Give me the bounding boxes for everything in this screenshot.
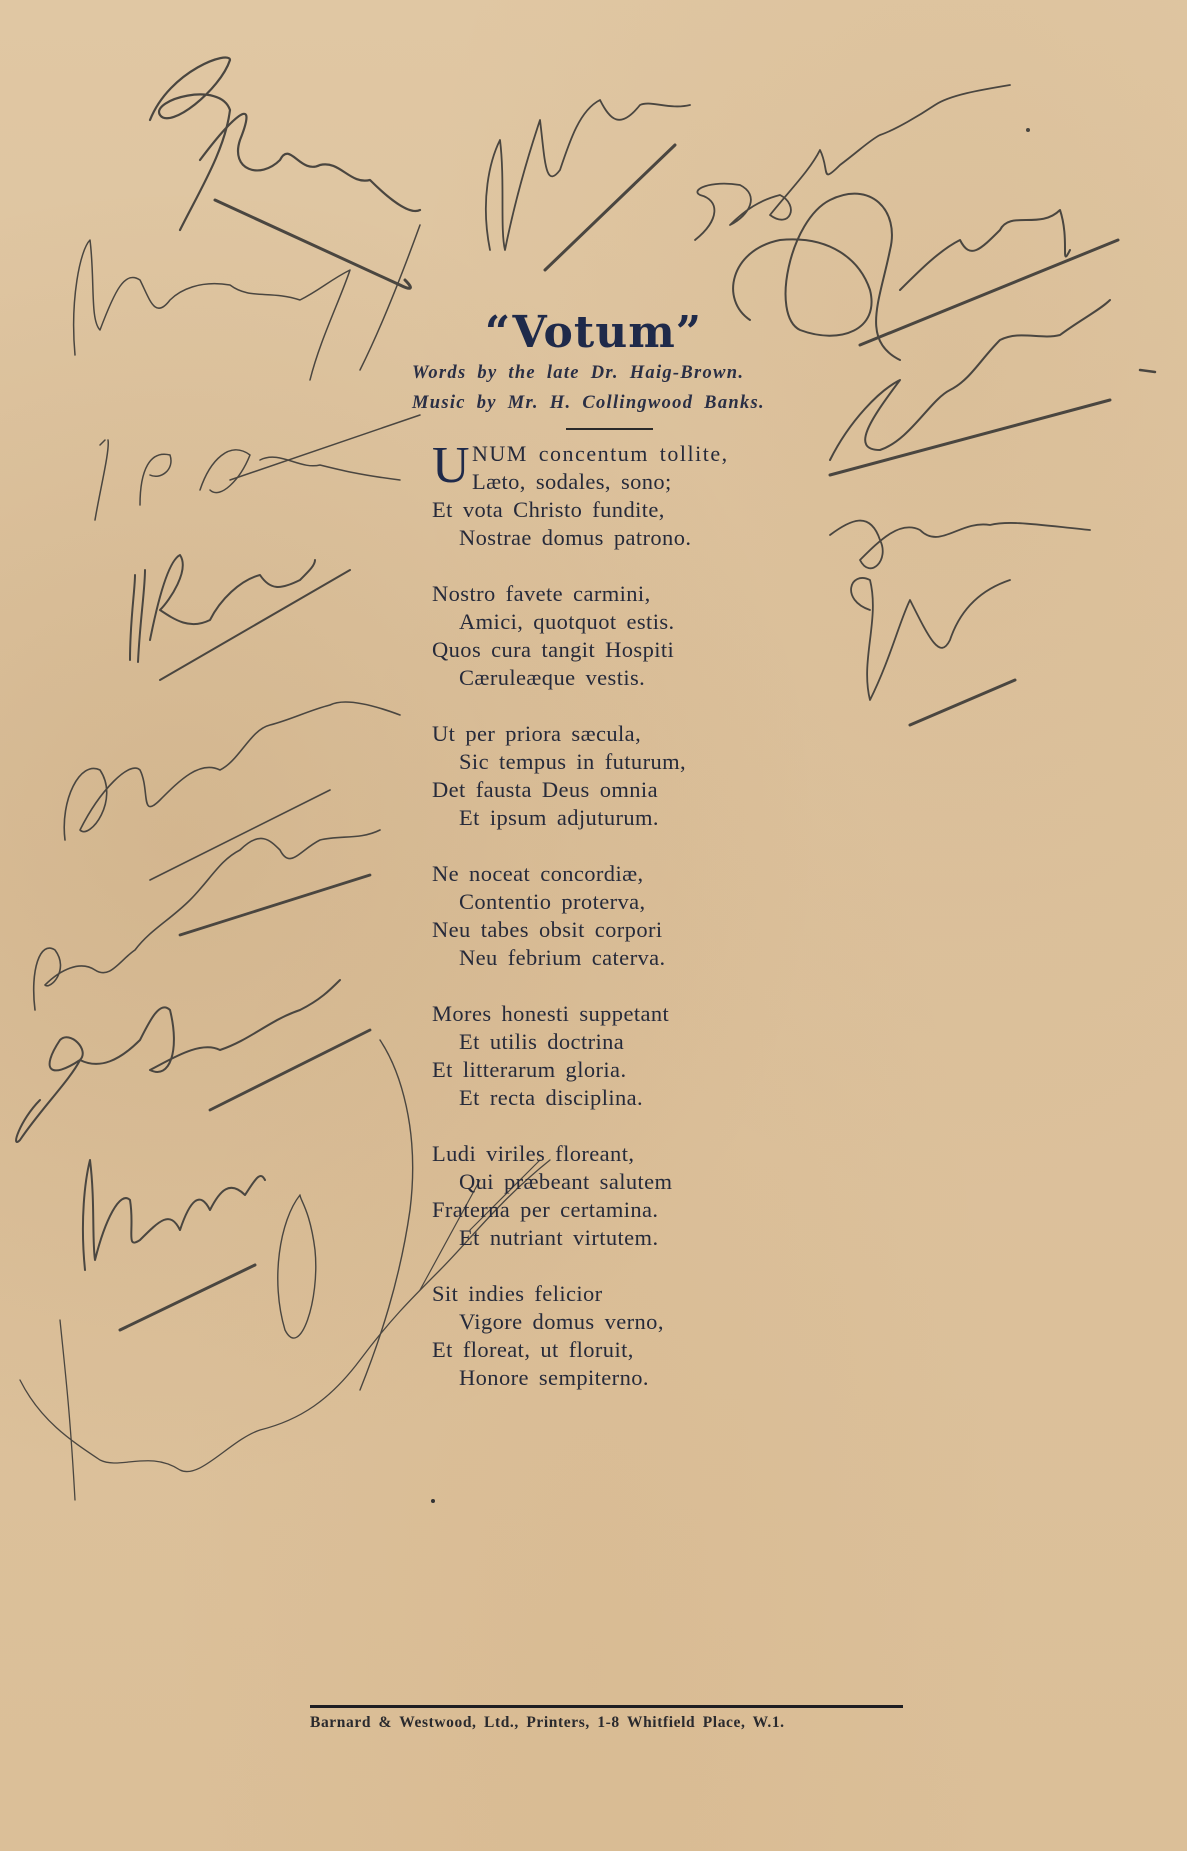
hymn-title: “Votum” [0, 307, 1187, 358]
verse-line: Honore sempiterno. [432, 1364, 772, 1392]
verse-line: Neu febrium caterva. [432, 944, 772, 972]
printer-imprint: Barnard & Westwood, Ltd., Printers, 1-8 … [310, 1714, 910, 1732]
verse-line: Contentio proterva, [432, 888, 772, 916]
verse-line: Cæruleæque vestis. [432, 664, 772, 692]
verse-line: Et recta disciplina. [432, 1084, 772, 1112]
credit-music: Music by Mr. H. Collingwood Banks. [412, 388, 765, 418]
stanza-5: Mores honesti suppetant Et utilis doctri… [432, 1000, 772, 1112]
verse-line: Det fausta Deus omnia [432, 776, 772, 804]
stanza-1: U NUM concentum tollite, Læto, sodales, … [432, 440, 772, 552]
verse-line: Et floreat, ut floruit, [432, 1336, 772, 1364]
signature-dondoar [695, 85, 1030, 240]
signature-left-2 [95, 415, 420, 520]
footer-rule [310, 1705, 903, 1708]
signature-top-center [486, 100, 690, 270]
signature-left-3 [130, 555, 350, 680]
verse-line: Nostrae domus patrono. [432, 524, 772, 552]
verse-line: Sic tempus in futurum, [432, 748, 772, 776]
stanza-3: Ut per priora sæcula, Sic tempus in futu… [432, 720, 772, 832]
verse-line: Sit indies felicior [432, 1280, 772, 1308]
stanza-6: Ludi viriles floreant, Qui præbeant salu… [432, 1140, 772, 1252]
verse-line: Nostro favete carmini, [432, 580, 772, 608]
stanza-2: Nostro favete carmini, Amici, quotquot e… [432, 580, 772, 692]
stanza-7: Sit indies felicior Vigore domus verno, … [432, 1280, 772, 1392]
signature-left-6 [16, 980, 413, 1390]
hymn-sheet-page: “Votum” Words by the late Dr. Haig-Brown… [0, 0, 1187, 1851]
signature-left-5 [34, 830, 380, 1010]
verse-line: Ut per priora sæcula, [432, 720, 772, 748]
drop-cap: U [432, 444, 470, 488]
verse-line: Mores honesti suppetant [432, 1000, 772, 1028]
signature-right-45 [830, 521, 1090, 725]
signature-left-4 [64, 702, 400, 880]
verse-line: Ludi viriles floreant, [432, 1140, 772, 1168]
verse-line: NUM concentum tollite, [432, 440, 772, 468]
verse-line: Amici, quotquot estis. [432, 608, 772, 636]
poem-body: U NUM concentum tollite, Læto, sodales, … [432, 440, 772, 1420]
verse-line: Et vota Christo fundite, [432, 496, 772, 524]
verse-line: Vigore domus verno, [432, 1308, 772, 1336]
stanza-4: Ne noceat concordiæ, Contentio proterva,… [432, 860, 772, 972]
title-divider [566, 428, 653, 430]
verse-line: Neu tabes obsit corpori [432, 916, 772, 944]
verse-line: Fraterna per certamina. [432, 1196, 772, 1224]
credits: Words by the late Dr. Haig-Brown. Music … [412, 358, 765, 418]
verse-line: Et litterarum gloria. [432, 1056, 772, 1084]
verse-line: Ne noceat concordiæ, [432, 860, 772, 888]
ink-speck [431, 1499, 435, 1503]
verse-line: Læto, sodales, sono; [432, 468, 772, 496]
verse-line: Et ipsum adjuturum. [432, 804, 772, 832]
verse-line: Et nutriant virtutem. [432, 1224, 772, 1252]
verse-line: Et utilis doctrina [432, 1028, 772, 1056]
credit-words: Words by the late Dr. Haig-Brown. [412, 358, 765, 388]
verse-line: Qui præbeant salutem [432, 1168, 772, 1196]
verse-line: Quos cura tangit Hospiti [432, 636, 772, 664]
